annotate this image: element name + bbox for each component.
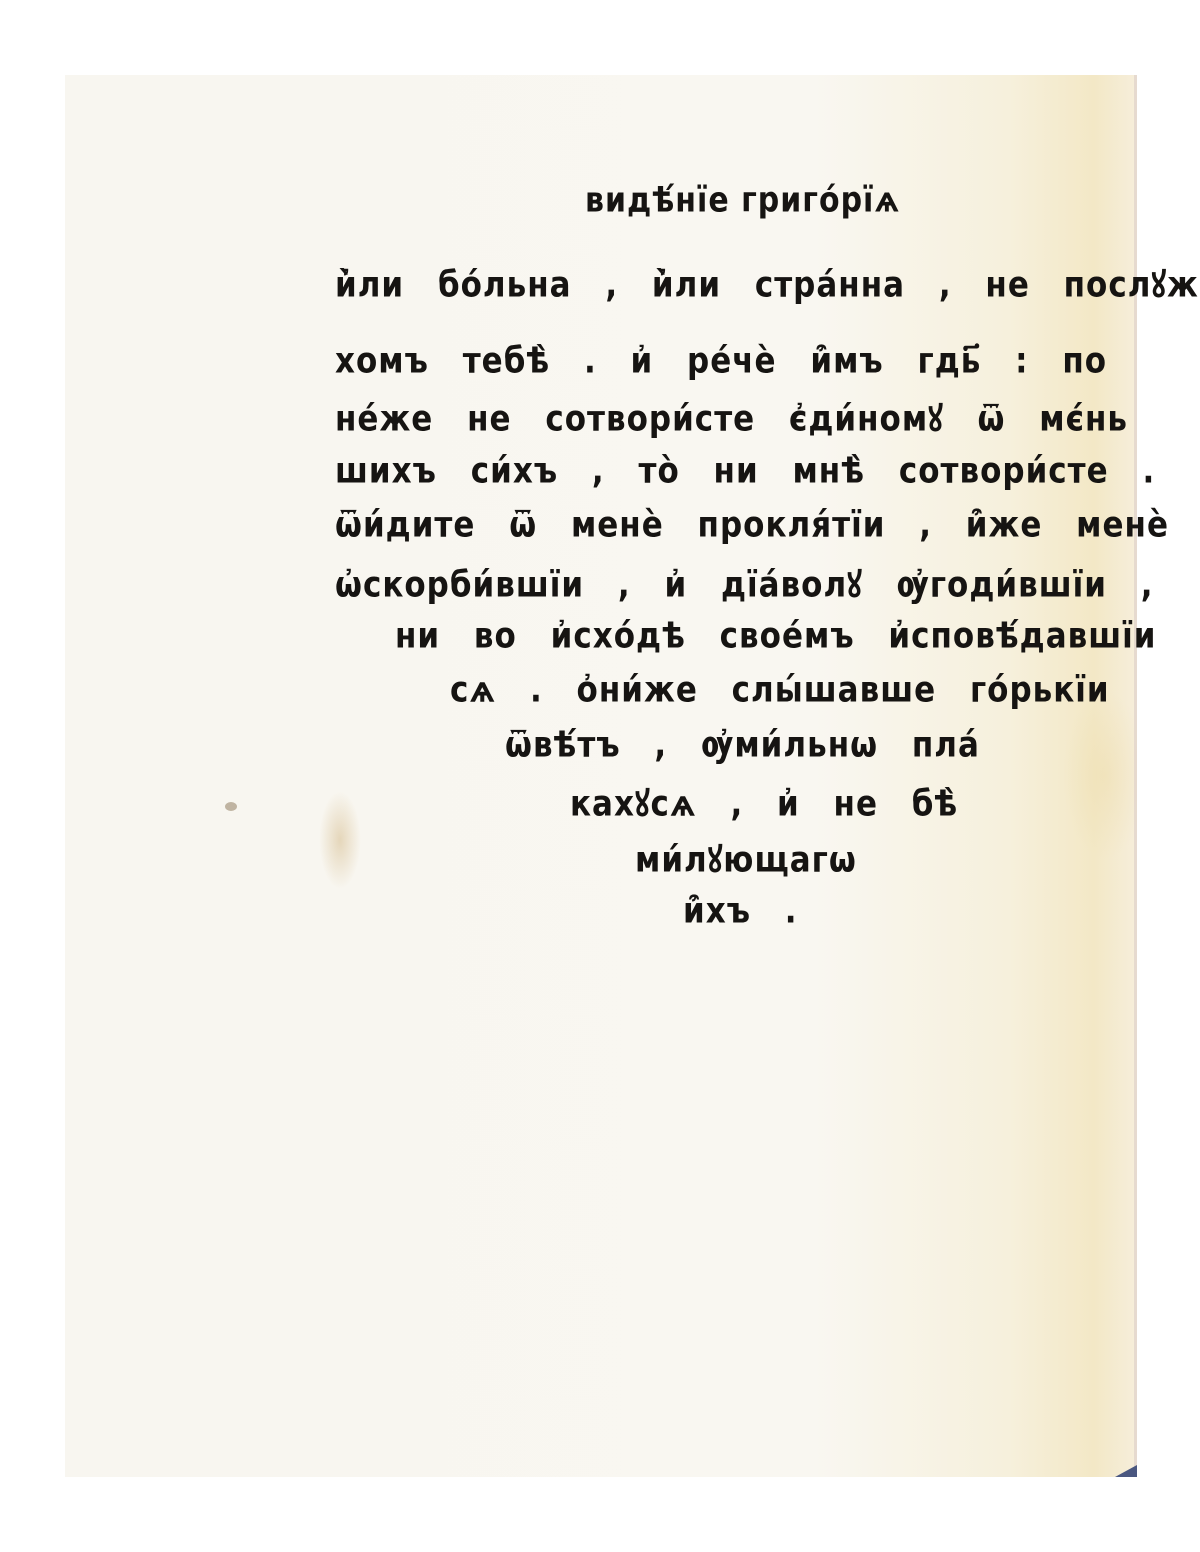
text-line-3: не́же не сотвори́сте є҆ди́номꙋ ѿ мє́нь (335, 394, 1128, 442)
manuscript-page: видѣ́нїе григо́рїѧ и҆̀ли бо́льна , и҆̀ли… (65, 75, 1137, 1477)
text-line-4: шихъ си́хъ , то̀ ни мнѣ̀ сотвори́сте . (335, 450, 1155, 491)
text-line-5: ѿи́дите ѿ менѐ прокля́тїи , и҆̑же менѐ (335, 504, 1169, 545)
text-line-11: ми́лꙋющагѡ (635, 835, 857, 883)
text-block: видѣ́нїе григо́рїѧ и҆̀ли бо́льна , и҆̀ли… (65, 75, 1137, 1477)
text-line-1: и҆̀ли бо́льна , и҆̀ли стра́нна , не посл… (335, 260, 1200, 308)
text-line-6: ѡ҆скорби́вшїи , и҆ дїа́волꙋ ѹ҆годи́вшїи … (335, 560, 1154, 608)
text-line-10: кахꙋсѧ , и҆ не бѣ̀ (570, 779, 958, 827)
text-line-7: ни во и҆схо́дѣ свое́мъ и҆сповѣ́давшїи (395, 615, 1157, 656)
page-heading: видѣ́нїе григо́рїѧ (585, 180, 900, 220)
text-line-12: и҆̑хъ . (683, 890, 798, 931)
text-line-2: хомъ тебѣ̀ . и҆ ре́чѐ и҆̑мъ гдь҃ : по (335, 340, 1107, 381)
text-line-9: ѿвѣ́тъ , ѹ҆ми́льнѡ пла́ (505, 724, 980, 765)
text-line-8: сѧ . о҆ни́же слы́шавше го́рькїи (450, 669, 1110, 710)
